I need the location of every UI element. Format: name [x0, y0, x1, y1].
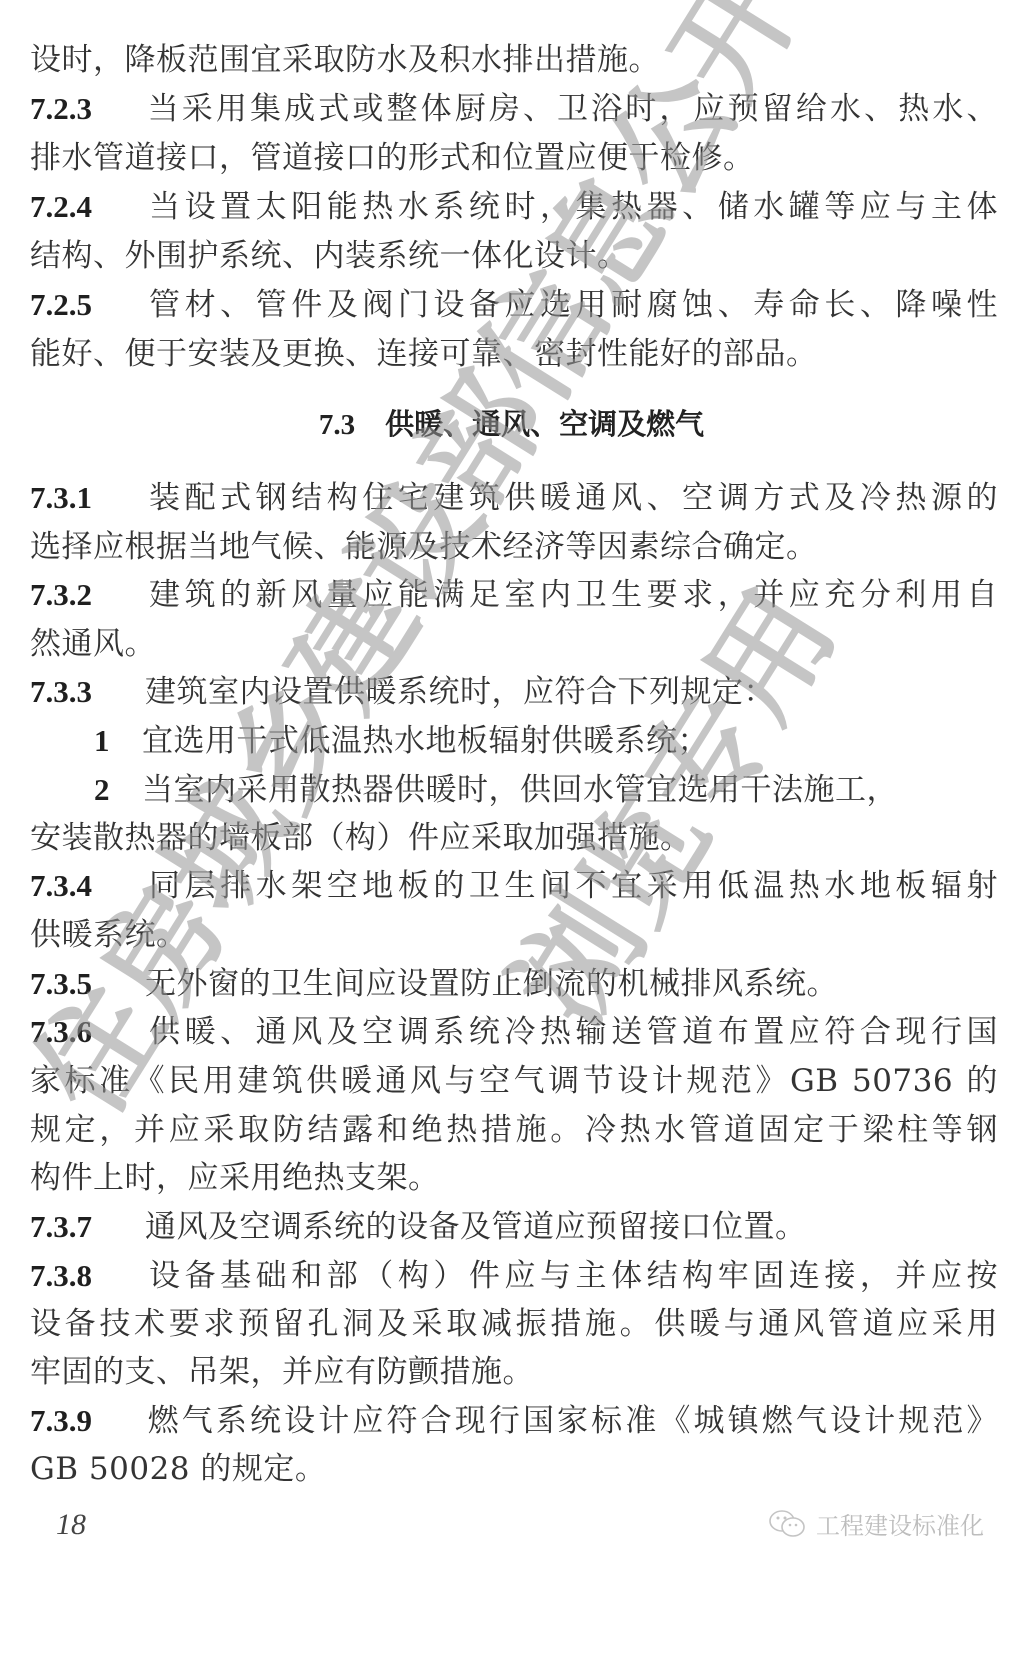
- clause-number: 7.3.1: [30, 478, 145, 518]
- clause-7-3-1: 7.3.1装配式钢结构住宅建筑供暖通风、空调方式及冷热源的: [30, 478, 998, 518]
- item-text: 当室内采用散热器供暖时，供回水管宜选用干法施工，: [142, 772, 898, 808]
- clause-text: 建筑的新风量应能满足室内卫生要求，并应充分利用自: [145, 577, 998, 613]
- line-text: 构件上时，应采用绝热支架。: [30, 1160, 440, 1196]
- page-number: 18: [56, 1508, 86, 1542]
- item-number: 1: [94, 721, 142, 761]
- clause-number: 7.3.5: [30, 964, 145, 1004]
- section-heading: 7.3供暖、通风、空调及燃气: [0, 404, 1023, 445]
- line-text: 排水管道接口，管道接口的形式和位置应便于检修。: [30, 140, 755, 176]
- clause-7-3-2: 7.3.2建筑的新风量应能满足室内卫生要求，并应充分利用自: [30, 575, 998, 615]
- line-text: 然通风。: [30, 626, 156, 662]
- clause-number: 7.3.9: [30, 1401, 145, 1441]
- section-number: 7.3: [319, 409, 355, 441]
- section-title: 供暖、通风、空调及燃气: [385, 407, 704, 441]
- clause-number: 7.2.3: [30, 89, 145, 129]
- list-item-2: 2当室内采用散热器供暖时，供回水管宜选用干法施工，: [30, 770, 998, 810]
- text-line: 供暖系统。: [30, 915, 998, 955]
- line-text: 选择应根据当地气候、能源及技术经济等因素综合确定。: [30, 529, 818, 565]
- text-line: 选择应根据当地气候、能源及技术经济等因素综合确定。: [30, 527, 998, 567]
- line-text: 安装散热器的墙板部（构）件应采取加强措施。: [30, 820, 692, 856]
- line-text: 能好、便于安装及更换、连接可靠、密封性能好的部品。: [30, 336, 818, 372]
- text-line: 安装散热器的墙板部（构）件应采取加强措施。: [30, 818, 998, 858]
- text-line: 设备技术要求预留孔洞及采取减振措施。供暖与通风管道应采用: [30, 1304, 998, 1344]
- item-text: 宜选用干式低温热水地板辐射供暖系统；: [142, 723, 709, 759]
- wechat-icon: [768, 1509, 808, 1539]
- clause-text: 当设置太阳能热水系统时，集热器、储水罐等应与主体: [145, 189, 998, 225]
- clause-text: 管材、管件及阀门设备应选用耐腐蚀、寿命长、降噪性: [145, 287, 998, 323]
- clause-number: 7.3.6: [30, 1012, 145, 1052]
- clause-number: 7.2.5: [30, 285, 145, 325]
- clause-7-3-3: 7.3.3建筑室内设置供暖系统时，应符合下列规定：: [30, 672, 998, 712]
- text-line: 家标准《民用建筑供暖通风与空气调节设计规范》GB 50736 的: [30, 1061, 998, 1101]
- clause-text: 建筑室内设置供暖系统时，应符合下列规定：: [145, 674, 775, 710]
- line-text: 结构、外围护系统、内装系统一体化设计。: [30, 238, 629, 274]
- text-line: 能好、便于安装及更换、连接可靠、密封性能好的部品。: [30, 334, 998, 374]
- text-line: 构件上时，应采用绝热支架。: [30, 1158, 998, 1198]
- line-text: 规定，并应采取防结露和绝热措施。冷热水管道固定于梁柱等钢: [30, 1112, 998, 1148]
- text-line: 牢固的支、吊架，并应有防颤措施。: [30, 1352, 998, 1392]
- clause-text: 通风及空调系统的设备及管道应预留接口位置。: [145, 1209, 807, 1245]
- clause-7-2-4: 7.2.4当设置太阳能热水系统时，集热器、储水罐等应与主体: [30, 187, 998, 227]
- line-text: 设时，降板范围宜采取防水及积水排出措施。: [30, 42, 660, 78]
- line-text: 家标准《民用建筑供暖通风与空气调节设计规范》GB 50736 的: [30, 1063, 998, 1099]
- clause-number: 7.3.3: [30, 672, 145, 712]
- brand-name: 工程建设标准化: [816, 1506, 984, 1541]
- clause-number: 7.3.2: [30, 575, 145, 615]
- line-text: 供暖系统。: [30, 917, 188, 953]
- clause-number: 7.3.4: [30, 866, 145, 906]
- clause-text: 供暖、通风及空调系统冷热输送管道布置应符合现行国: [145, 1014, 998, 1050]
- clause-number: 7.2.4: [30, 187, 145, 227]
- clause-text: 当采用集成式或整体厨房、卫浴时，应预留给水、热水、: [145, 91, 998, 127]
- clause-text: 燃气系统设计应符合现行国家标准《城镇燃气设计规范》: [145, 1403, 998, 1439]
- clause-text: 同层排水架空地板的卫生间不宜采用低温热水地板辐射: [145, 868, 998, 904]
- line-text: GB 50028 的规定。: [30, 1451, 326, 1487]
- clause-7-3-5: 7.3.5无外窗的卫生间应设置防止倒流的机械排风系统。: [30, 964, 998, 1004]
- clause-text: 无外窗的卫生间应设置防止倒流的机械排风系统。: [145, 966, 838, 1002]
- clause-7-3-4: 7.3.4同层排水架空地板的卫生间不宜采用低温热水地板辐射: [30, 866, 998, 906]
- item-number: 2: [94, 770, 142, 810]
- clause-7-2-3: 7.2.3当采用集成式或整体厨房、卫浴时，应预留给水、热水、: [30, 89, 998, 129]
- line-text: 牢固的支、吊架，并应有防颤措施。: [30, 1354, 534, 1390]
- text-line: 排水管道接口，管道接口的形式和位置应便于检修。: [30, 138, 998, 178]
- list-item-1: 1宜选用干式低温热水地板辐射供暖系统；: [30, 721, 998, 761]
- footer-brand: 工程建设标准化: [768, 1506, 984, 1541]
- text-line: 设时，降板范围宜采取防水及积水排出措施。: [30, 40, 998, 80]
- clause-7-2-5: 7.2.5管材、管件及阀门设备应选用耐腐蚀、寿命长、降噪性: [30, 285, 998, 325]
- text-line: 然通风。: [30, 624, 998, 664]
- clause-7-3-7: 7.3.7通风及空调系统的设备及管道应预留接口位置。: [30, 1207, 998, 1247]
- clause-text: 设备基础和部（构）件应与主体结构牢固连接，并应按: [145, 1258, 998, 1294]
- clause-7-3-9: 7.3.9燃气系统设计应符合现行国家标准《城镇燃气设计规范》: [30, 1401, 998, 1441]
- clause-7-3-6: 7.3.6供暖、通风及空调系统冷热输送管道布置应符合现行国: [30, 1012, 998, 1052]
- clause-text: 装配式钢结构住宅建筑供暖通风、空调方式及冷热源的: [145, 480, 998, 516]
- clause-7-3-8: 7.3.8设备基础和部（构）件应与主体结构牢固连接，并应按: [30, 1256, 998, 1296]
- text-line: 规定，并应采取防结露和绝热措施。冷热水管道固定于梁柱等钢: [30, 1110, 998, 1150]
- document-page: 设时，降板范围宜采取防水及积水排出措施。 7.2.3当采用集成式或整体厨房、卫浴…: [0, 0, 1023, 1661]
- clause-number: 7.3.7: [30, 1207, 145, 1247]
- line-text: 设备技术要求预留孔洞及采取减振措施。供暖与通风管道应采用: [30, 1306, 998, 1342]
- clause-number: 7.3.8: [30, 1256, 145, 1296]
- text-line: GB 50028 的规定。: [30, 1449, 998, 1489]
- text-line: 结构、外围护系统、内装系统一体化设计。: [30, 236, 998, 276]
